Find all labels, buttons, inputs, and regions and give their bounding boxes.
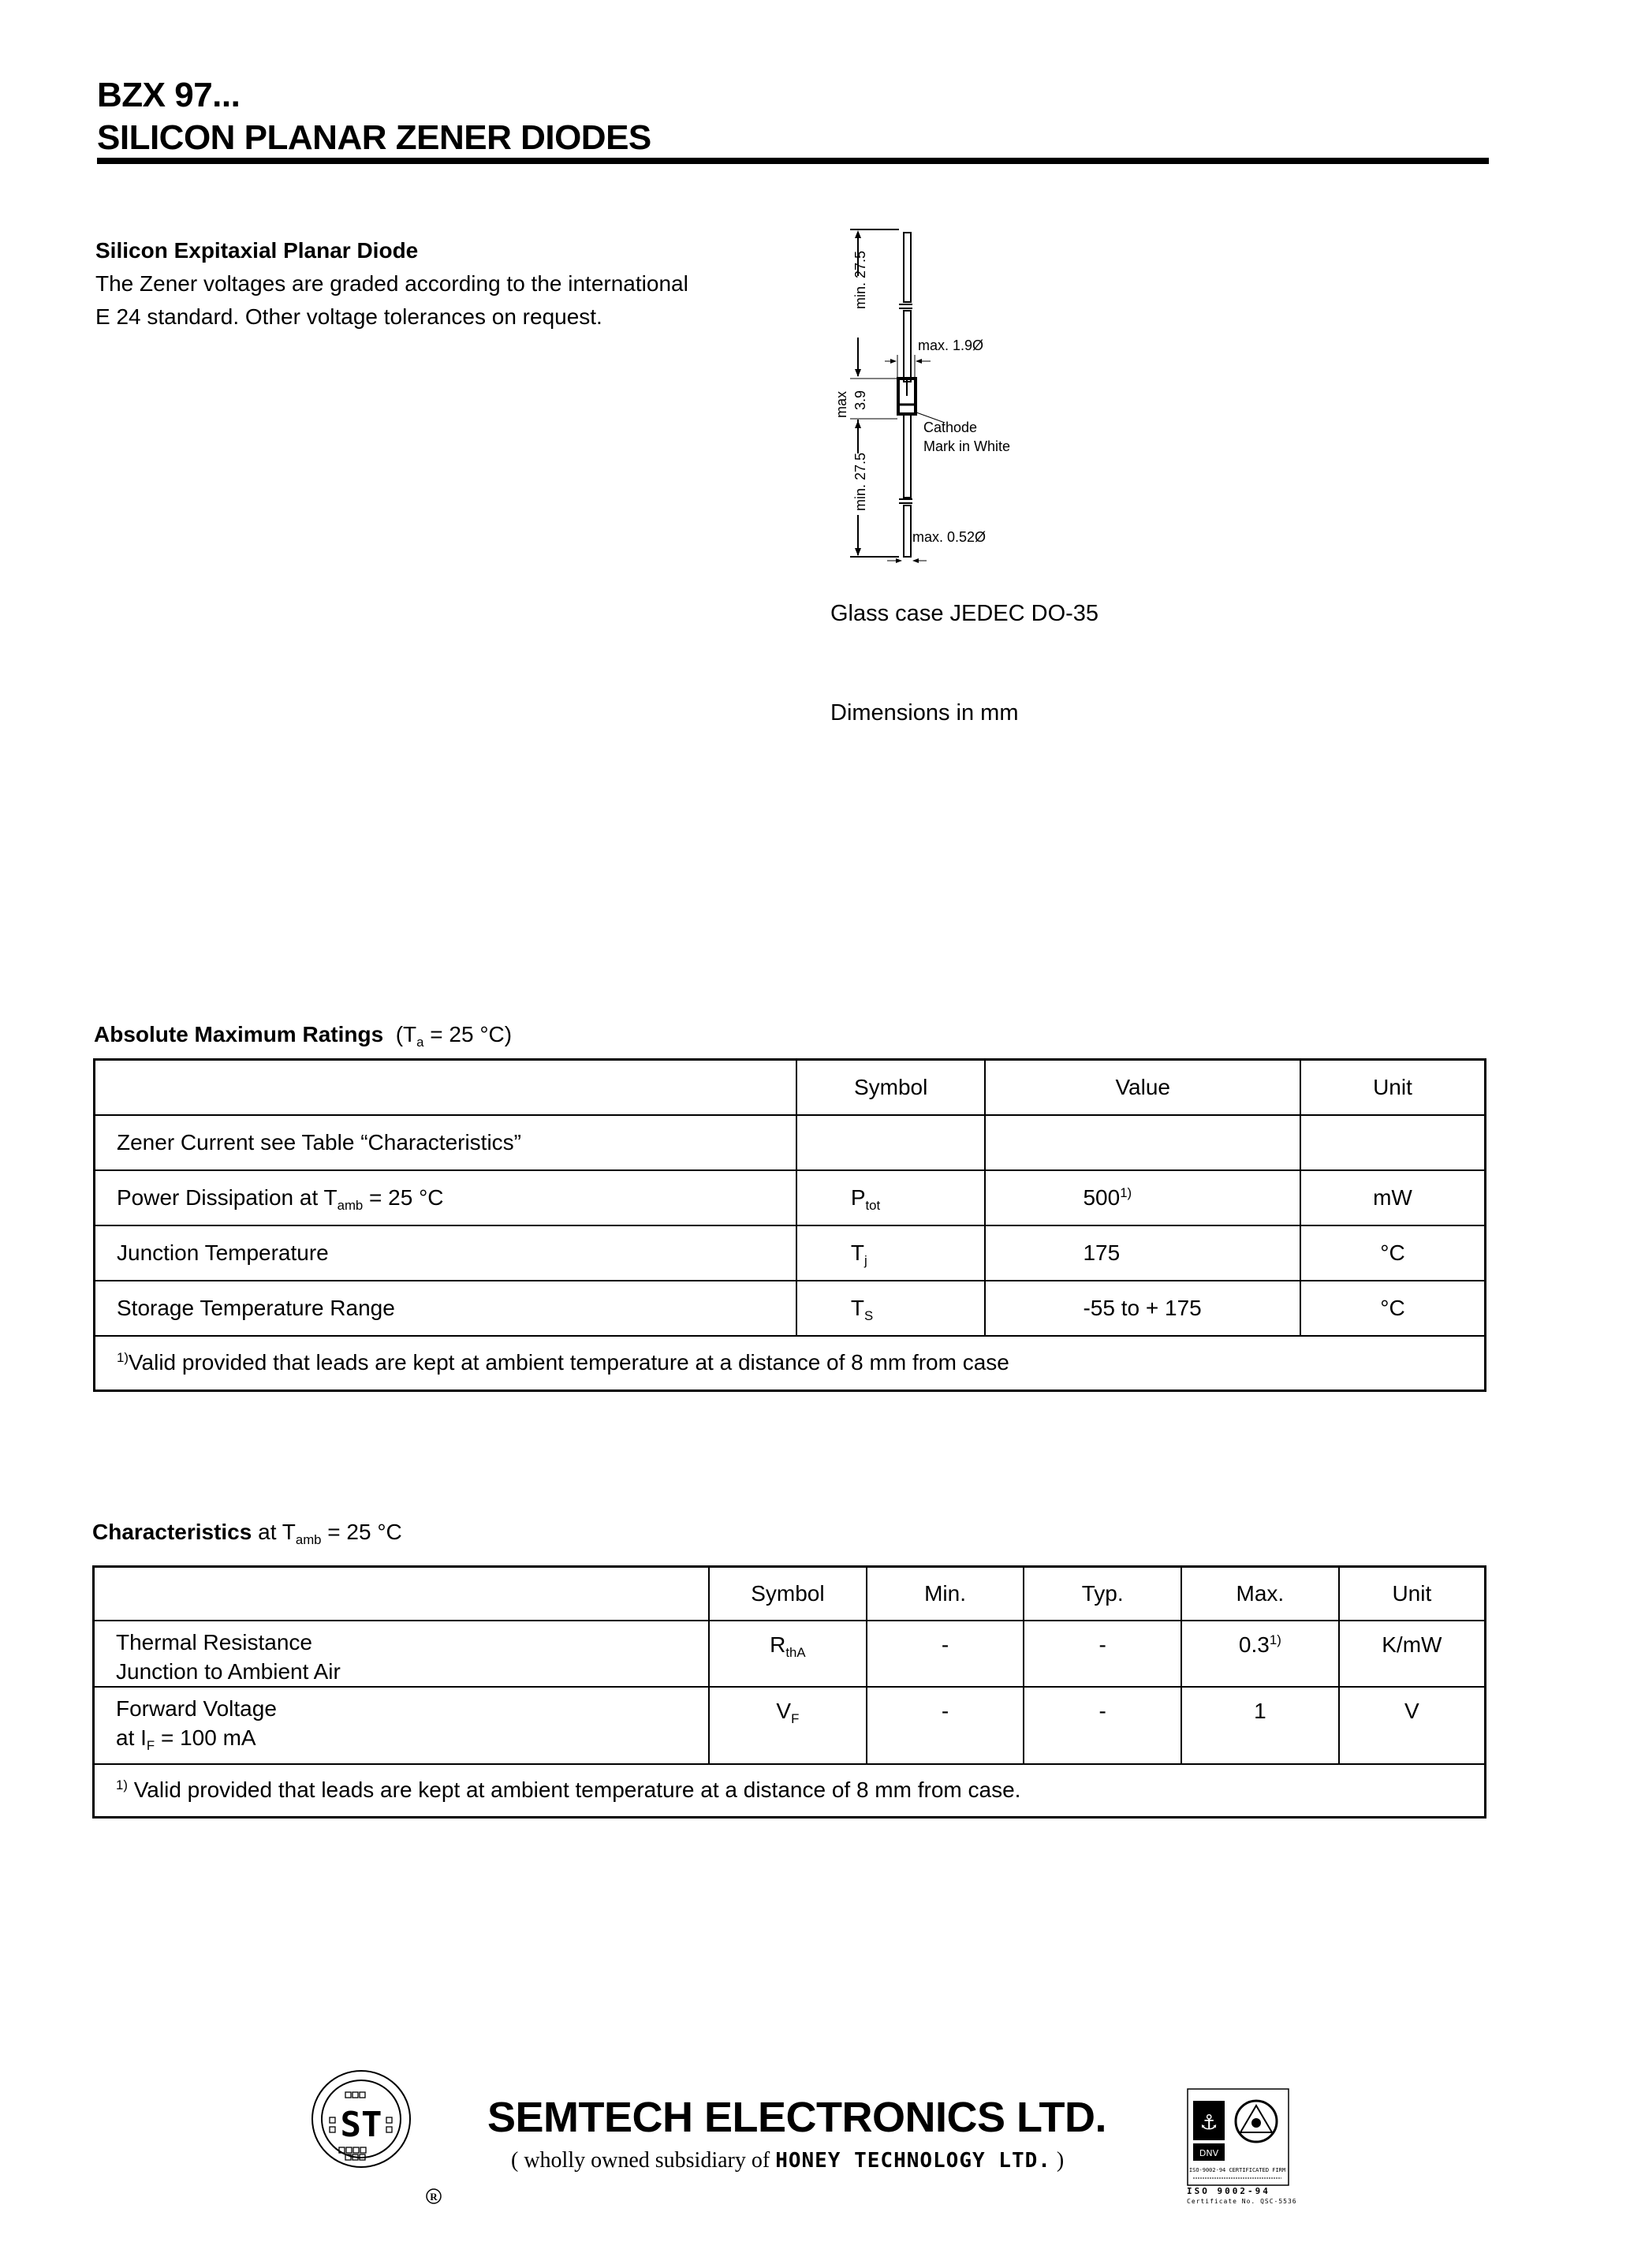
lead-length-top-label: min. 27.5 — [852, 251, 868, 309]
col-unit: Unit — [1339, 1567, 1486, 1621]
table-row: Thermal Resistance Junction to Ambient A… — [94, 1621, 1486, 1687]
table-row: Junction Temperature Tj 175 °C — [95, 1225, 1486, 1281]
col-min: Min. — [867, 1567, 1024, 1621]
company-name: SEMTECH ELECTRONICS LTD. — [487, 2093, 1106, 2142]
intro-heading: Silicon Expitaxial Planar Diode — [95, 238, 418, 263]
characteristics-title: Characteristics at Tamb = 25 °C — [92, 1520, 402, 1545]
table-row: Forward Voltage at IF = 100 mA VF - - 1 … — [94, 1687, 1486, 1764]
table-row: Storage Temperature Range TS -55 to + 17… — [95, 1281, 1486, 1336]
iso-certification-badge: ⚓ DNV ISO-9002-94 CERTIFICATED FIRM — [1187, 2088, 1289, 2186]
col-value: Value — [985, 1060, 1300, 1115]
part-number: BZX 97... — [97, 76, 240, 115]
col-symbol: Symbol — [709, 1567, 867, 1621]
logo-mark: ST — [341, 2105, 382, 2145]
col-unit: Unit — [1300, 1060, 1486, 1115]
svg-text:⚓: ⚓ — [1199, 2111, 1218, 2135]
semtech-logo: ST R — [308, 2070, 449, 2212]
iso-certificate-number: Certificate No. QSC-5536 — [1187, 2198, 1297, 2205]
table-header-row: Symbol Value Unit — [95, 1060, 1486, 1115]
col-typ: Typ. — [1024, 1567, 1181, 1621]
table-row: Power Dissipation at Tamb = 25 °C Ptot 5… — [95, 1170, 1486, 1225]
cathode-label-1: Cathode — [923, 420, 977, 435]
svg-text:R: R — [430, 2191, 438, 2203]
abs-max-table: Symbol Value Unit Zener Current see Tabl… — [93, 1058, 1486, 1392]
header-rule — [97, 158, 1489, 164]
svg-text:ISO-9002-94 CERTIFICATED FIRM: ISO-9002-94 CERTIFICATED FIRM — [1189, 2167, 1285, 2173]
lead-diameter-label: max. 0.52Ø — [912, 529, 986, 545]
svg-text:DNV: DNV — [1199, 2148, 1219, 2158]
body-length-label: 3.9 — [852, 390, 868, 410]
do35-package-drawing: min. 27.5 max 3.9 min. 27.5 max. 1.9Ø Ca… — [812, 221, 1065, 576]
parent-company: HONEY TECHNOLOGY LTD. — [775, 2149, 1051, 2173]
characteristics-table: Symbol Min. Typ. Max. Unit Thermal Resis… — [92, 1565, 1486, 1819]
body-length-max-label: max — [834, 391, 849, 418]
col-symbol: Symbol — [796, 1060, 986, 1115]
abs-max-title: Absolute Maximum Ratings (Ta = 25 °C) — [94, 1022, 512, 1047]
table-footnote-row: 1)Valid provided that leads are kept at … — [95, 1336, 1486, 1391]
table-footnote-row: 1) Valid provided that leads are kept at… — [94, 1764, 1486, 1818]
iso-standard: ISO 9002-94 — [1187, 2186, 1270, 2196]
cathode-label-2: Mark in White — [923, 438, 1010, 454]
subsidiary-note: ( wholly owned subsidiary of HONEY TECHN… — [511, 2148, 1064, 2173]
table-header-row: Symbol Min. Typ. Max. Unit — [94, 1567, 1486, 1621]
dimensions-note: Dimensions in mm — [830, 700, 1019, 726]
intro-line-1: The Zener voltages are graded according … — [95, 271, 688, 297]
table-row: Zener Current see Table “Characteristics… — [95, 1115, 1486, 1170]
case-type: Glass case JEDEC DO-35 — [830, 601, 1098, 627]
intro-line-2: E 24 standard. Other voltage tolerances … — [95, 304, 602, 330]
col-max: Max. — [1181, 1567, 1339, 1621]
body-diameter-label: max. 1.9Ø — [918, 338, 983, 353]
document-title: SILICON PLANAR ZENER DIODES — [97, 118, 651, 158]
lead-length-bottom-label: min. 27.5 — [852, 453, 868, 511]
